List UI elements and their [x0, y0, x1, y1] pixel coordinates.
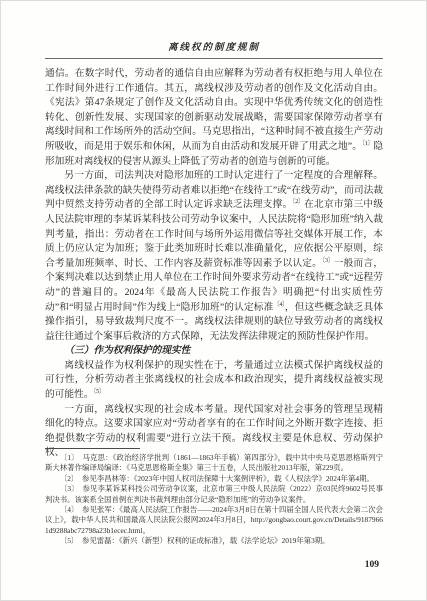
paragraph: 另一方面，司法判决对隐形加班的工时认定进行了一定程度的合理解释。离线权法律条款的… [45, 169, 383, 344]
footnote: 〔2〕 参见李昌林等：《2023年中国人权司法保障十大案例评析》，载《人权法学》… [45, 474, 383, 484]
running-title: 离线权的制度规制 [45, 39, 383, 53]
footnotes-section: 〔1〕 马克思：《政治经济学批判（1861—1863年手稿）第四部分》，载中共中… [45, 448, 383, 547]
section-heading: （三）作为权利保护的现实性 [45, 344, 383, 359]
footnote: 〔3〕 参见李某诉某科技公司劳动争议案，北京市第三中级人民法院（2022）京03… [45, 484, 383, 505]
footnote-marker: 〔3〕 [322, 257, 334, 264]
document-page: 离线权的制度规制 通信。在数字时代，劳动者的通信自由应解释为劳动者有权拒绝与用人… [0, 0, 427, 601]
page-header: 离线权的制度规制 [45, 39, 383, 59]
footnote-separator [45, 448, 140, 449]
header-rule [45, 58, 383, 59]
footnote-marker: 〔4〕 [273, 301, 285, 308]
footnote: 〔4〕 参见张军：《最高人民法院工作报告——2024年3月8日在第十四届全国人民… [45, 505, 383, 536]
footnote-marker: 〔2〕 [292, 198, 304, 205]
footnote: 〔5〕 参见雷磊：《新兴（新型）权利的证成标准》，载《法学论坛》2019年第3期… [45, 536, 383, 546]
page-number: 109 [365, 560, 379, 570]
footnotes-list: 〔1〕 马克思：《政治经济学批判（1861—1863年手稿）第四部分》，载中共中… [45, 453, 383, 547]
footnote-marker: 〔5〕 [93, 388, 104, 395]
paragraph: 通信。在数字时代，劳动者的通信自由应解释为劳动者有权拒绝与用人单位在工作时间外进… [45, 67, 383, 169]
footnote: 〔1〕 马克思：《政治经济学批判（1861—1863年手稿）第四部分》，载中共中… [45, 453, 383, 474]
body-text: 通信。在数字时代，劳动者的通信自由应解释为劳动者有权拒绝与用人单位在工作时间外进… [45, 67, 383, 461]
paragraph: 离线权益作为权利保护的现实性在于，考量通过立法模式保护离线权益的可行性，分析劳动… [45, 359, 383, 403]
footnote-marker: 〔1〕 [362, 140, 373, 147]
